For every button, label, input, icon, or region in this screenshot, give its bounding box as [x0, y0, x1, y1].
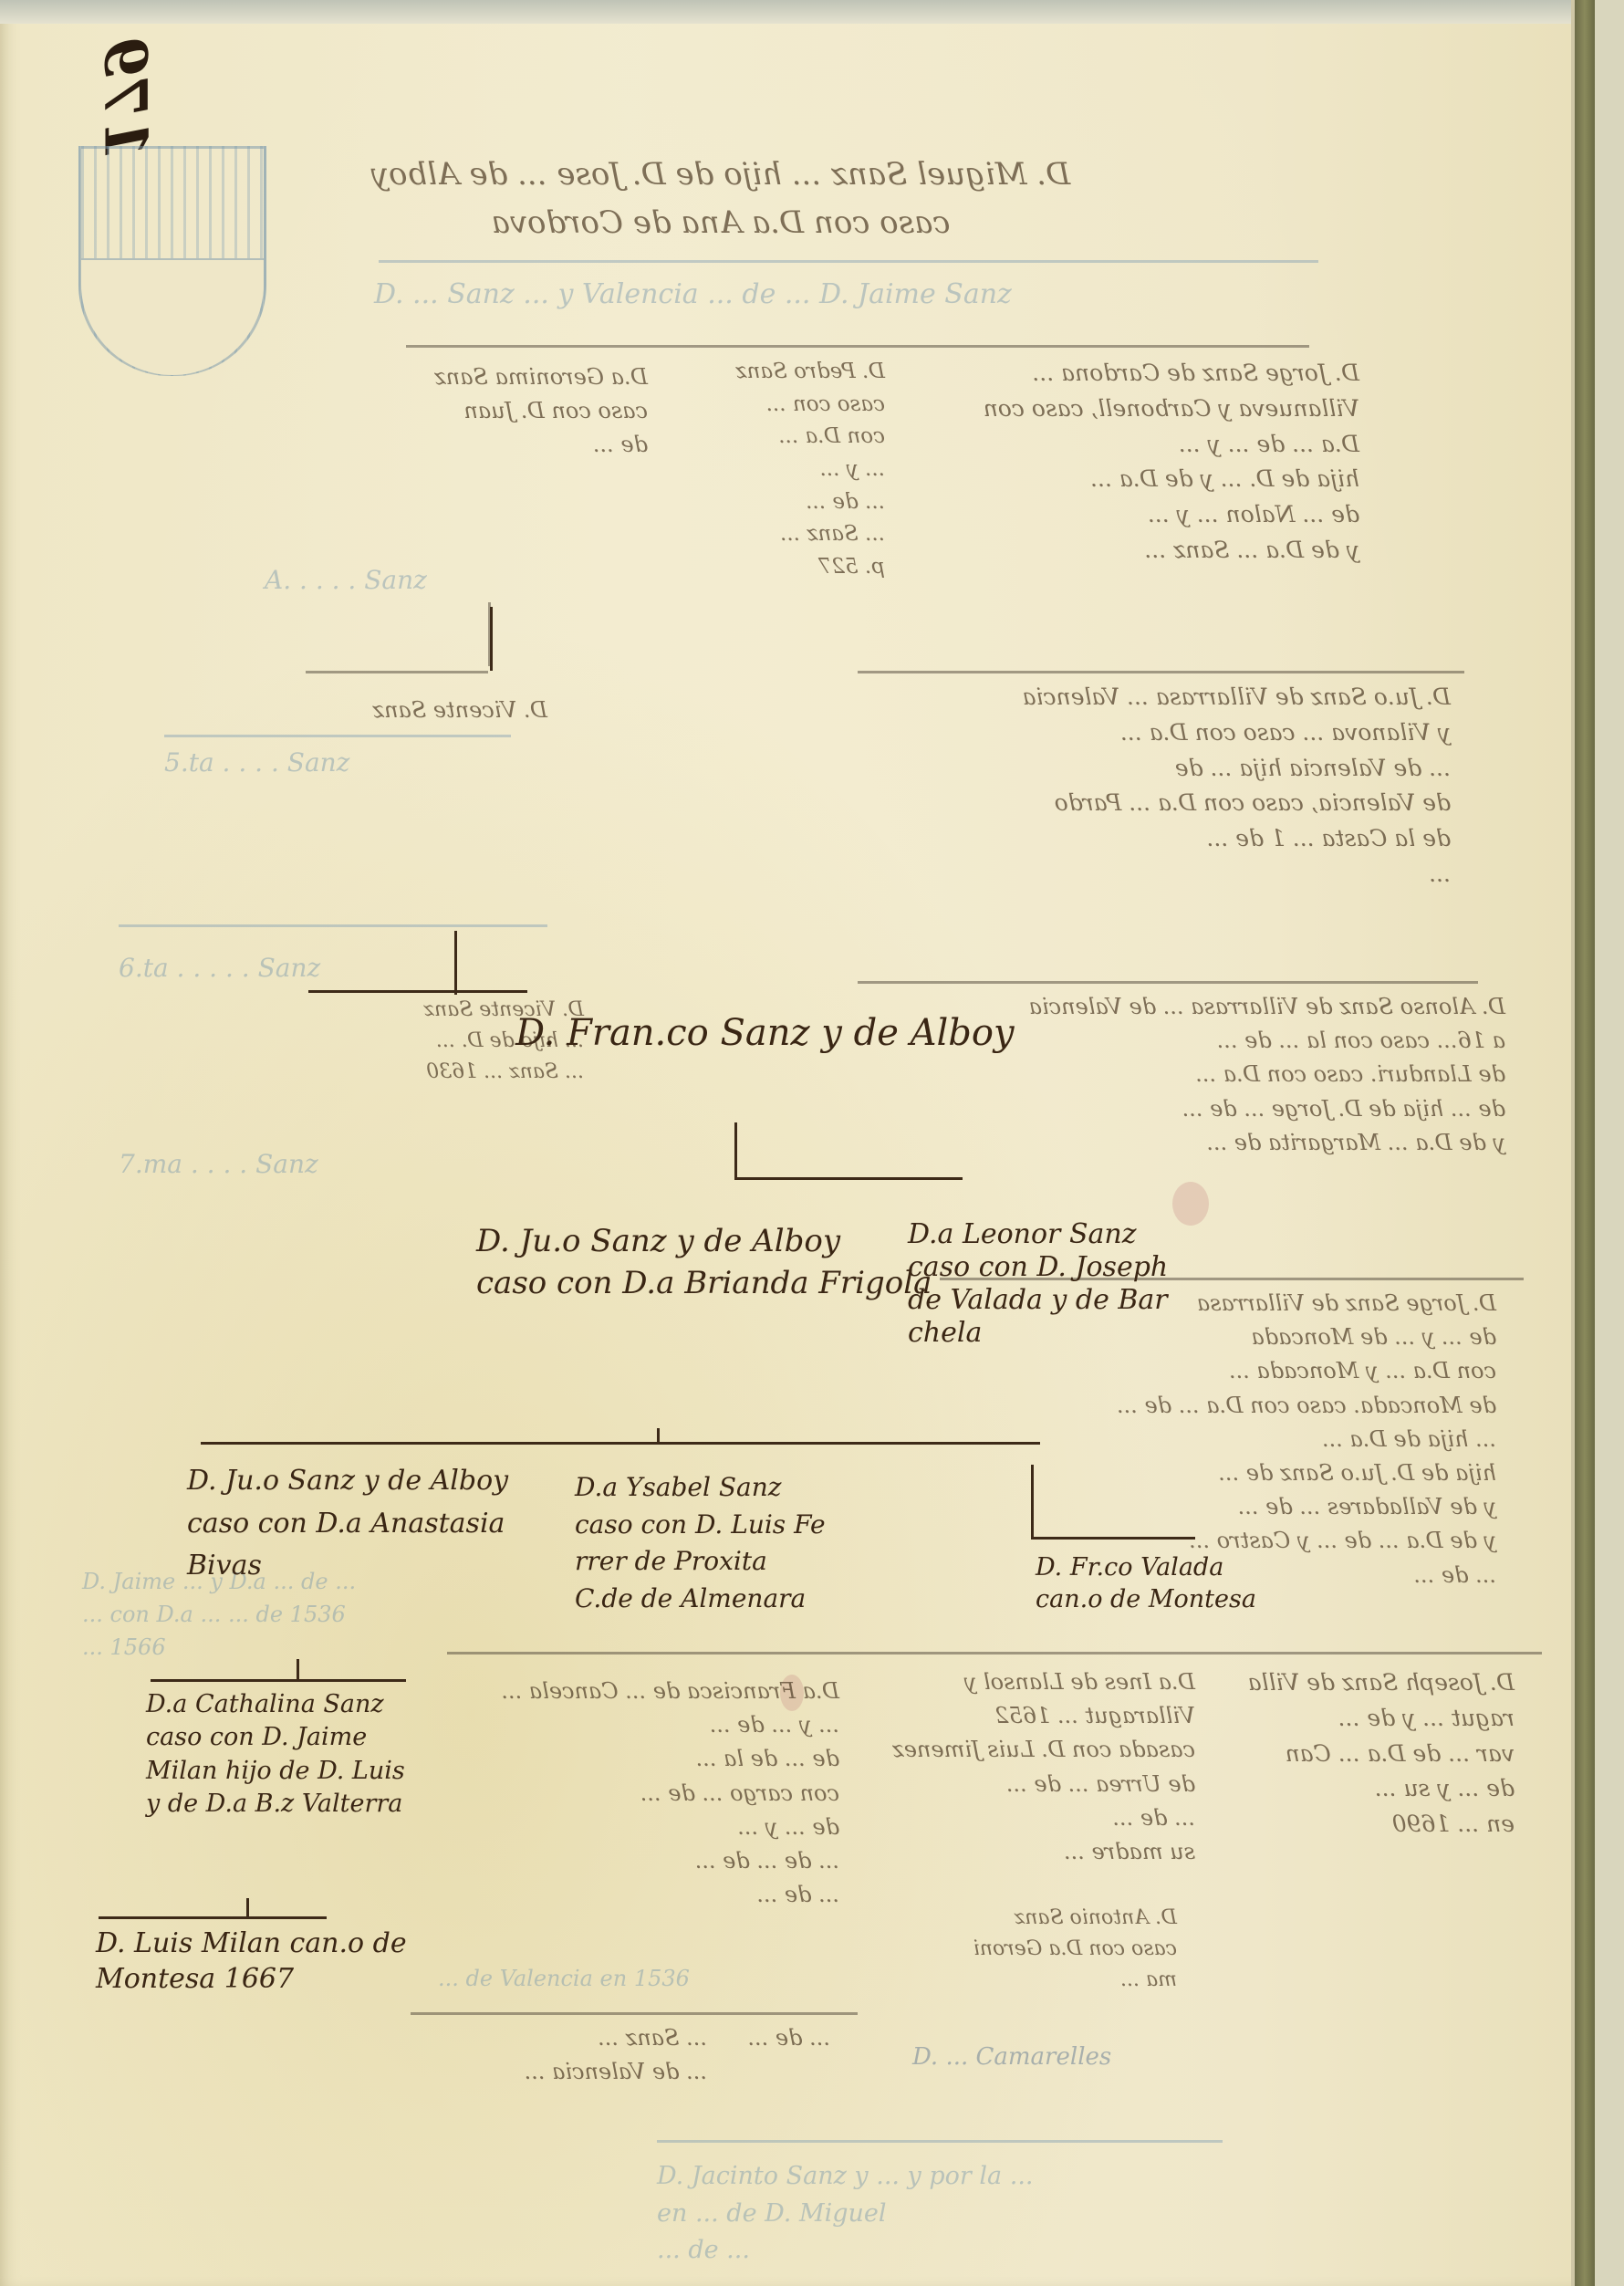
pencil-bracket: [379, 260, 1318, 263]
bleed-bracket: [447, 1652, 1542, 1654]
manuscript-page: 179 D. ... Sanz ... y Valencia ... de ..…: [0, 0, 1571, 2286]
tree-bracket: [99, 1916, 327, 1919]
bleed-header: D. Miguel Sanz ... hijo de D. Jose ... d…: [365, 151, 1077, 246]
pencil-sanz-3: 6.ta . . . . . Sanz: [119, 949, 320, 987]
bleed-bottom-center: ... de ...: [630, 2021, 830, 2055]
pencil-lower-mid: ... de Valencia en 1536: [438, 1962, 690, 1995]
pencil-sanz-1: A. . . . . Sanz: [265, 561, 427, 600]
tree-bracket: [1031, 1537, 1195, 1540]
bleed-block-alonso: D. Alonso Sanz de Villarrasa ... de Vale…: [958, 990, 1505, 1160]
coat-of-arms-sketch: [78, 146, 266, 376]
pencil-camarelles: D. ... Camarelles: [912, 2040, 1111, 2075]
shield-lower-half: [81, 258, 264, 375]
entry-francisco-valada: D. Fr.co Valada can.o de Montesa: [1036, 1551, 1256, 1615]
book-spine-gutter: [1575, 0, 1595, 2286]
pencil-top-row: D. ... Sanz ... y Valencia ... de ... D.…: [374, 274, 1012, 315]
pencil-bracket: [164, 735, 511, 737]
pencil-bracket: [657, 2140, 1223, 2143]
entry-francisco-sanz: D. Fran.co Sanz y de Alboy: [515, 1008, 1015, 1058]
entry-catalina-sanz: D.a Cathalina Sanz caso con D. Jaime Mil…: [146, 1688, 405, 1821]
tree-stem: [734, 1122, 737, 1179]
tree-stem: [246, 1898, 249, 1916]
bleed-block-geronima: D.a Geronima Sanz caso con D. Juan de ..…: [374, 360, 648, 463]
bleed-block-jorge: D. Jorge Sanz de Cardona ... Villanueva …: [931, 356, 1359, 569]
entry-isabel-sanz: D.a Ysabel Sanz caso con D. Luis Fe rrer…: [575, 1469, 826, 1617]
pencil-bracket: [119, 924, 547, 927]
tree-bracket: [734, 1177, 963, 1180]
tree-bracket: [201, 1442, 1040, 1445]
bleed-bracket: [411, 2012, 858, 2015]
bleed-bracket: [306, 671, 488, 673]
tree-stem: [454, 931, 457, 995]
bleed-block-joseph: D. Joseph Sanz de Villa ragut ... y de .…: [1223, 1665, 1515, 1842]
bleed-block-ines: D.a Ines de Llansol y Villaragut ... 165…: [867, 1665, 1195, 1869]
tree-stem: [1031, 1465, 1034, 1538]
bleed-block-francisca: D.a Francisca de ... Cancela ... ... y .…: [429, 1675, 839, 1912]
tree-bracket: [151, 1679, 406, 1682]
page-top-edge: [0, 0, 1571, 24]
folio-number: 179: [90, 37, 159, 160]
red-stain: [1172, 1182, 1209, 1226]
bleed-block-pedro: D. Pedro Sanz caso con ... con D.a ... .…: [657, 356, 885, 583]
bleed-bracket: [406, 345, 1309, 348]
entry-juan-sanz: D. Ju.o Sanz y de Alboy caso con D.a Bri…: [476, 1221, 932, 1305]
adjacent-page-edge: [1595, 0, 1624, 2286]
bleed-block-antonio: D. Antonio Sanz caso con D.a Geroni ma .…: [940, 1903, 1177, 1996]
tree-stem: [490, 607, 493, 671]
bleed-bracket: [858, 671, 1464, 673]
pencil-sanz-2: 5.ta . . . . Sanz: [164, 744, 349, 782]
entry-juan-sanz-2: D. Ju.o Sanz y de Alboy caso con D.a Ana…: [187, 1460, 508, 1588]
bleed-block-vicente: D. Vicente Sanz: [310, 694, 547, 727]
bleed-block-juan: D. Ju.o Sanz de Villarrasa ... Valencia …: [858, 680, 1451, 892]
tree-stem: [657, 1428, 660, 1443]
tree-stem: [297, 1659, 299, 1679]
entry-leonor-sanz: D.a Leonor Sanz caso con D. Joseph de Va…: [908, 1218, 1168, 1350]
pencil-sanz-4: 7.ma . . . . Sanz: [119, 1145, 318, 1184]
entry-luis-milan: D. Luis Milan can.o de Montesa 1667: [96, 1926, 407, 1997]
tree-bracket: [308, 990, 527, 993]
bleed-bracket: [858, 981, 1478, 984]
pencil-bottom-note: D. Jacinto Sanz y ... y por la ... en ..…: [657, 2158, 1034, 2270]
